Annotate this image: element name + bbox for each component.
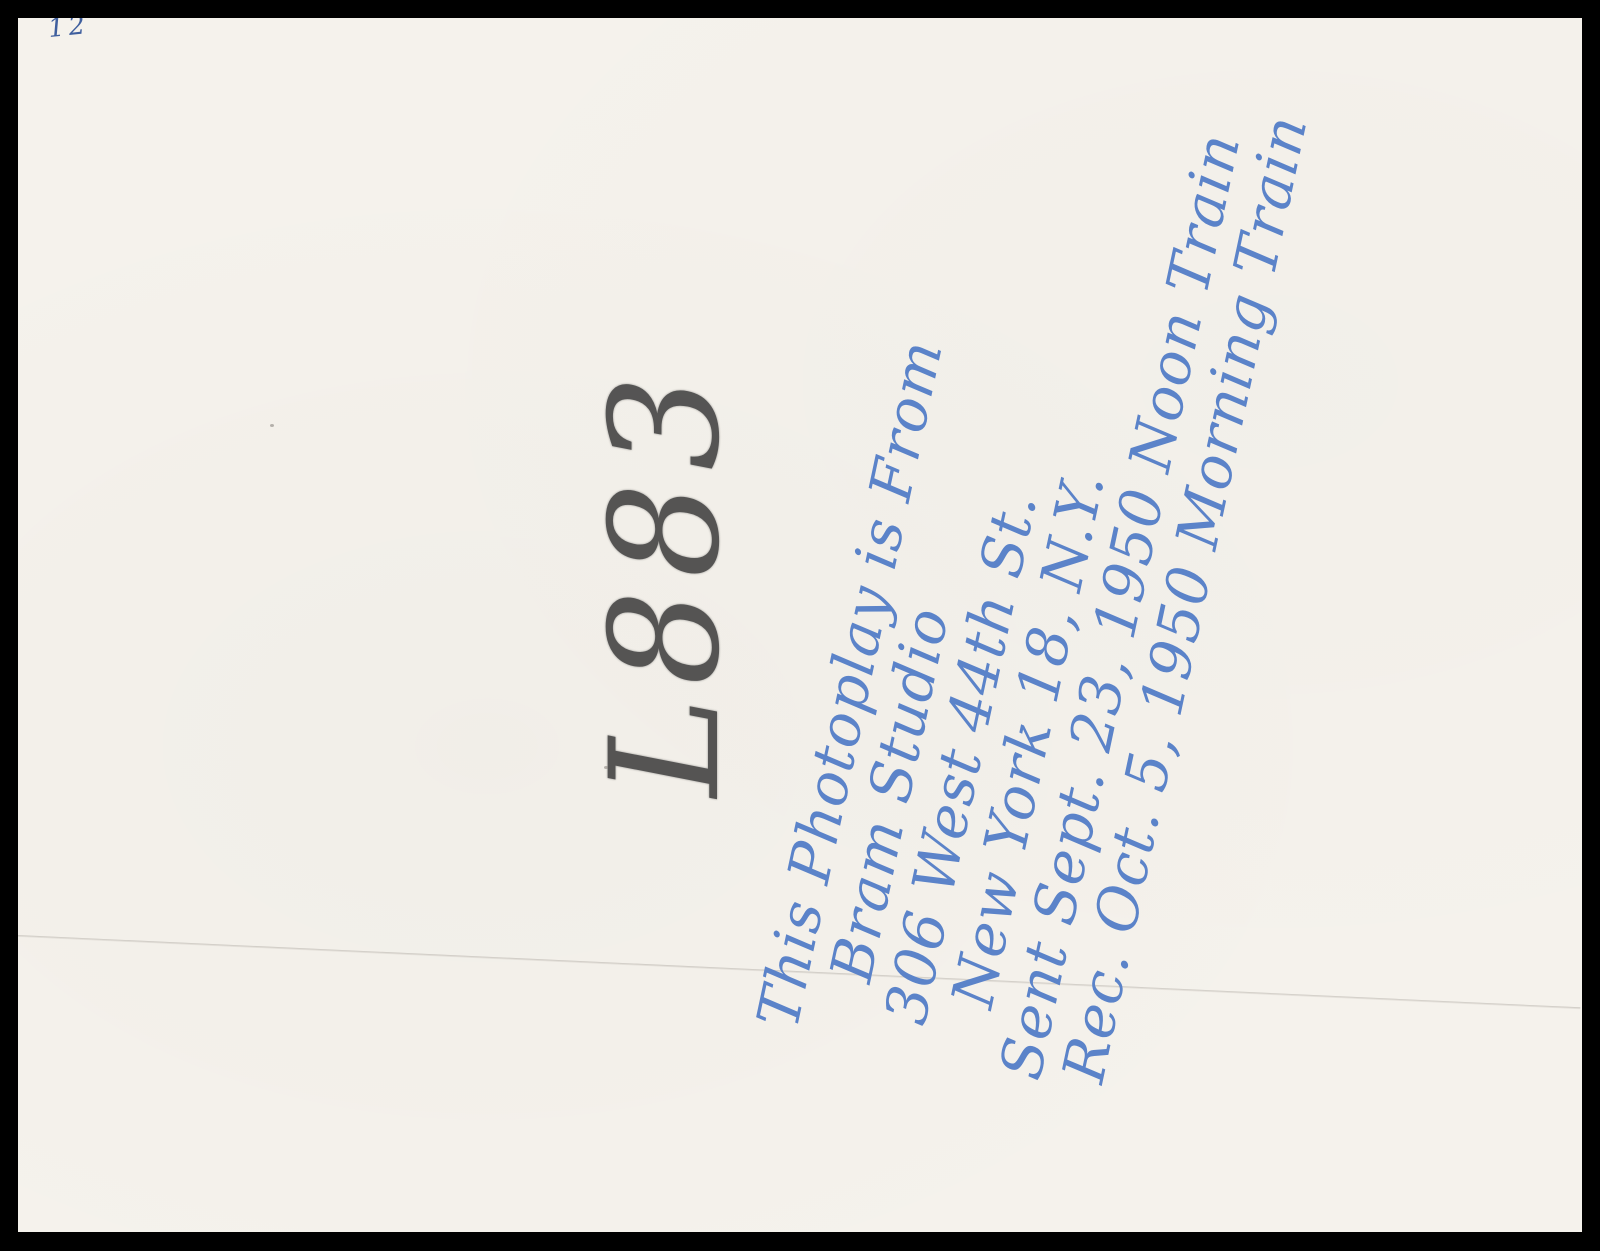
paper-speck: [270, 424, 274, 427]
handwritten-note: This Photoplay is From Bram Studio 306 W…: [747, 179, 1290, 1098]
paper-speck: [604, 766, 608, 769]
pencil-catalog-number: L883: [579, 363, 753, 797]
document-page: 12 L883 This Photoplay is From Bram Stud…: [18, 18, 1582, 1232]
page-number-mark: 12: [47, 18, 91, 44]
